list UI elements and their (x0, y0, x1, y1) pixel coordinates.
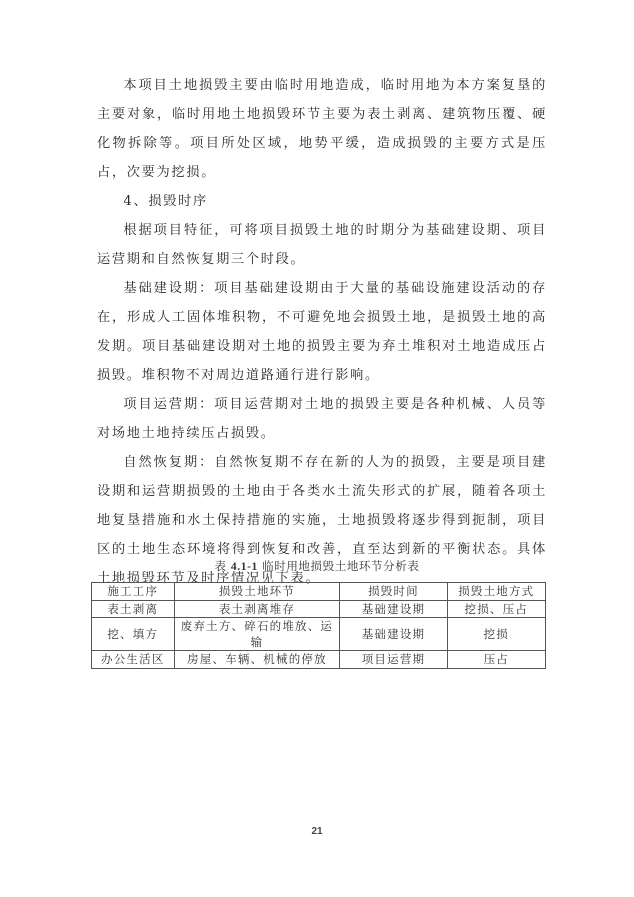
body-text: 本项目土地损毁主要由临时用地造成，临时用地为本方案复垦的主要对象，临时用地土地损… (97, 71, 547, 593)
table-cell: 表土剥离 (92, 600, 175, 618)
paragraph-construction-period: 基础建设期：项目基础建设期由于大量的基础设施建设活动的存在，形成人工固体堆积物，… (97, 274, 547, 390)
table-row: 办公生活区 房屋、车辆、机械的停放 项目运营期 压占 (92, 651, 546, 669)
table-row: 表土剥离 表土剥离堆存 基础建设期 挖损、压占 (92, 600, 546, 618)
paragraph-land-damage-overview: 本项目土地损毁主要由临时用地造成，临时用地为本方案复垦的主要对象，临时用地土地损… (97, 71, 547, 187)
header-cell: 施工工序 (92, 583, 175, 601)
table-cell: 废弃土方、碎石的堆放、运输 (174, 618, 340, 651)
table-header-row: 施工工序 损毁土地环节 损毁时间 损毁土地方式 (92, 583, 546, 601)
table-row: 挖、填方 废弃土方、碎石的堆放、运输 基础建设期 挖损 (92, 618, 546, 651)
header-cell: 损毁土地环节 (174, 583, 340, 601)
header-cell: 损毁土地方式 (447, 583, 545, 601)
document-page: 本项目土地损毁主要由临时用地造成，临时用地为本方案复垦的主要对象，临时用地土地损… (0, 0, 634, 897)
paragraph-periods: 根据项目特征，可将项目损毁土地的时期分为基础建设期、项目运营期和自然恢复期三个时… (97, 216, 547, 274)
damage-analysis-table: 施工工序 损毁土地环节 损毁时间 损毁土地方式 表土剥离 表土剥离堆存 基础建设… (91, 582, 546, 669)
caption-title: 临时用地损毁土地环节分析表 (258, 559, 420, 573)
table-caption: 表 4.1-1 临时用地损毁土地环节分析表 (0, 558, 634, 574)
table-cell: 基础建设期 (340, 600, 447, 618)
table-cell: 挖损 (447, 618, 545, 651)
table-cell: 挖损、压占 (447, 600, 545, 618)
table-cell: 压占 (447, 651, 545, 669)
table-cell: 表土剥离堆存 (174, 600, 340, 618)
header-cell: 损毁时间 (340, 583, 447, 601)
table-cell: 房屋、车辆、机械的停放 (174, 651, 340, 669)
caption-prefix: 表 (215, 559, 231, 573)
table-cell: 挖、填方 (92, 618, 175, 651)
table-cell: 项目运营期 (340, 651, 447, 669)
table-cell: 基础建设期 (340, 618, 447, 651)
paragraph-operation-period: 项目运营期：项目运营期对土地的损毁主要是各种机械、人员等对场地土地持续压占损毁。 (97, 390, 547, 448)
caption-number: 4.1-1 (231, 561, 258, 573)
page-number: 21 (0, 826, 634, 837)
section-heading-damage-sequence: 4、损毁时序 (97, 187, 547, 216)
table-cell: 办公生活区 (92, 651, 175, 669)
